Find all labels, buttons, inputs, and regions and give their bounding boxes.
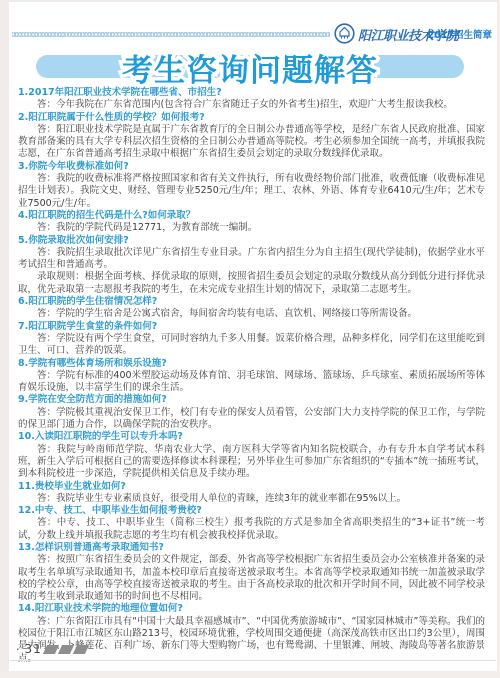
qa-answer-paragraph: 答：按照广东省招生委员会的文件规定，部委、外省高等学校根据广东省招生委员会办公室… [18, 554, 485, 603]
qa-question: 4.阳江职院的招生代码是什么?如何录取？ [18, 210, 485, 222]
qa-question: 7.阳江职院学生食堂的条件如何? [18, 321, 485, 333]
qa-item: 2.阳江职院属于什么性质的学校？如何报考? 答：阳江职业技术学院是直属于广东省教… [18, 112, 485, 161]
qa-item: 10.入读阳江职院的学生可以专升本吗? 答：我院与岭南师范学院、华南农业大学、南… [18, 431, 485, 480]
qa-item: 4.阳江职院的招生代码是什么?如何录取？ 答：我院的学院代码是12771，为教育… [18, 210, 485, 235]
qa-answer-paragraph: 答：学院极其重视治安保卫工作，校门有专业的保安人员看管，公安部门大力支持学院的保… [18, 407, 485, 432]
qa-question: 3.你院今年收费标准如何? [18, 161, 485, 173]
page-footer: · 31 [16, 642, 87, 656]
scan-edge-bottom [0, 671, 500, 678]
qa-question: 12.中专、技工、中职毕业生如何报考贵校? [18, 505, 485, 517]
qa-answer-paragraph: 答：学院有标准的400米塑胶运动场及体育馆、羽毛球馆、网球场、篮球场、乒乓球室、… [18, 370, 485, 395]
parallelogram-decoration [43, 645, 59, 654]
qa-answers: 答：学院设有两个学生食堂，可同时容纳九千多人用餐。饭菜价格合理，品种多样化，同学… [18, 333, 485, 358]
qa-item: 3.你院今年收费标准如何? 答：我院的收费标准将严格按照国家和省有关文件执行，所… [18, 161, 485, 210]
qa-answer-paragraph: 答：阳江职业技术学院是直属于广东省教育厅的全日制公办普通高等学校，是经广东省人民… [18, 124, 485, 161]
qa-item: 11.贵校毕业生就业如何? 答：我院毕业生专业素质良好，很受用人单位的青睐，连续… [18, 481, 485, 506]
qa-answer-paragraph: 录取规则：根据全面考核、择优录取的原则，按照省招生委员会划定的录取分数线从高分到… [18, 271, 485, 296]
qa-question: 1.2017年阳江职业技术学院在哪些省、市招生? [18, 87, 485, 99]
qa-answer-paragraph: 答：我院毕业生专业素质良好，很受用人单位的青睐，连续3年的就业率都在95%以上。 [18, 493, 485, 505]
page-header: 阳江职业技术学院 2017招生简章 [0, 20, 500, 46]
zigzag-divider [12, 32, 330, 37]
qa-question: 10.入读阳江职院的学生可以专升本吗? [18, 431, 485, 443]
qa-answer-paragraph: 答：我院招生录取批次详见广东省招生专业目录。广东省内招生分为自主招生(现代学徒制… [18, 247, 485, 272]
qa-answers: 答：今年我院在广东省范围内(包含符合广东省随迁子女的外省考生)招生，欢迎广大考生… [18, 99, 485, 111]
qa-answers: 答：阳江职业技术学院是直属于广东省教育厅的全日制公办普通高等学校，是经广东省人民… [18, 124, 485, 161]
qa-answers: 答：学院有标准的400米塑胶运动场及体育馆、羽毛球馆、网球场、篮球场、乒乓球室、… [18, 370, 485, 395]
qa-item: 9.学院在安全防范方面的措施如何? 答：学院极其重视治安保卫工作，校门有专业的保… [18, 394, 485, 431]
qa-item: 1.2017年阳江职业技术学院在哪些省、市招生? 答：今年我院在广东省范围内(包… [18, 87, 485, 112]
qa-question: 6.阳江职院的学生住宿情况怎样? [18, 296, 485, 308]
scan-edge-top [0, 0, 500, 2]
qa-answers: 答：我院与岭南师范学院、华南农业大学、南方医科大学等省内知名院校联合，办有专升本… [18, 444, 485, 481]
qa-question: 8.学院有哪些体育场所和娱乐设施? [18, 358, 485, 370]
parallelogram-decoration [73, 645, 89, 654]
scan-edge-left [0, 0, 9, 678]
qa-question: 14.阳江职业技术学院的地理位置如何? [18, 603, 485, 615]
qa-item: 8.学院有哪些体育场所和娱乐设施? 答：学院有标准的400米塑胶运动场及体育馆、… [18, 358, 485, 395]
qa-answer-paragraph: 答：中专、技工、中职毕业生（简称三校生）报考我院的方式是参加全省高职类招生的“3… [18, 517, 485, 542]
edition-label: 2017招生简章 [428, 27, 492, 41]
qa-answer-paragraph: 答：我院与岭南师范学院、华南农业大学、南方医科大学等省内知名院校联合，办有专升本… [18, 444, 485, 481]
qa-question: 13.怎样识别普通高考录取通知书? [18, 542, 485, 554]
qa-answer-paragraph: 答：我院的学院代码是12771，为教育部统一编制。 [18, 222, 485, 234]
qa-answers: 答：广东省阳江市具有“中国十大最具幸福感城市”、“中国优秀旅游城市”、“国家园林… [18, 616, 485, 665]
qa-question: 2.阳江职院属于什么性质的学校？如何报考? [18, 112, 485, 124]
qa-item: 12.中专、技工、中职毕业生如何报考贵校? 答：中专、技工、中职毕业生（简称三校… [18, 505, 485, 542]
qa-item: 7.阳江职院学生食堂的条件如何? 答：学院设有两个学生食堂，可同时容纳九千多人用… [18, 321, 485, 358]
page-number: 31 [25, 642, 42, 656]
footer-bullet: · [16, 643, 20, 656]
qa-item: 6.阳江职院的学生住宿情况怎样? 答：学院的学生宿舍是公寓式宿舍，每间宿舍均装有… [18, 296, 485, 321]
qa-answers: 答：中专、技工、中职毕业生（简称三校生）报考我院的方式是参加全省高职类招生的“3… [18, 517, 485, 542]
qa-answer-paragraph: 答：今年我院在广东省范围内(包含符合广东省随迁子女的外省考生)招生，欢迎广大考生… [18, 99, 485, 111]
qa-question: 11.贵校毕业生就业如何? [18, 481, 485, 493]
qa-item: 13.怎样识别普通高考录取通知书? 答：按照广东省招生委员会的文件规定，部委、外… [18, 542, 485, 603]
qa-answer-paragraph: 答：学院设有两个学生食堂，可同时容纳九千多人用餐。饭菜价格合理，品种多样化，同学… [18, 333, 485, 358]
qa-answer-paragraph: 答：学院的学生宿舍是公寓式宿舍，每间宿舍均装有电话、直饮机、网络接口等所需设备。 [18, 308, 485, 320]
qa-answer-paragraph: 答：广东省阳江市具有“中国十大最具幸福感城市”、“中国优秀旅游城市”、“国家园林… [18, 616, 485, 665]
qa-answer-paragraph: 答：我院的收费标准将严格按照国家和省有关文件执行，所有收费经物价部门批准，收费低… [18, 173, 485, 210]
qa-answers: 答：我院的学院代码是12771，为教育部统一编制。 [18, 222, 485, 234]
page-title-text: 考生咨询问题解答 [122, 53, 378, 89]
qa-list: 1.2017年阳江职业技术学院在哪些省、市招生? 答：今年我院在广东省范围内(包… [18, 87, 485, 665]
school-logo-icon [334, 23, 355, 44]
qa-answers: 答：我院毕业生专业素质良好，很受用人单位的青睐，连续3年的就业率都在95%以上。 [18, 493, 485, 505]
qa-question: 9.学院在安全防范方面的措施如何? [18, 394, 485, 406]
qa-item: 14.阳江职业技术学院的地理位置如何? 答：广东省阳江市具有“中国十大最具幸福感… [18, 603, 485, 664]
qa-question: 5.你院录取批次如何安排? [18, 235, 485, 247]
footer-divider [10, 660, 496, 661]
parallelogram-decoration [58, 645, 74, 654]
qa-answers: 答：学院的学生宿舍是公寓式宿舍，每间宿舍均装有电话、直饮机、网络接口等所需设备。 [18, 308, 485, 320]
qa-answers: 答：我院招生录取批次详见广东省招生专业目录。广东省内招生分为自主招生(现代学徒制… [18, 247, 485, 296]
qa-answers: 答：按照广东省招生委员会的文件规定，部委、外省高等学校根据广东省招生委员会办公室… [18, 554, 485, 603]
page-title: 考生咨询问题解答 考生咨询问题解答 [0, 45, 500, 90]
qa-answers: 答：我院的收费标准将严格按照国家和省有关文件执行，所有收费经物价部门批准，收费低… [18, 173, 485, 210]
document-page: 阳江职业技术学院 2017招生简章 考生咨询问题解答 考生咨询问题解答 1.20… [0, 0, 500, 678]
qa-answers: 答：学院极其重视治安保卫工作，校门有专业的保安人员看管，公安部门大力支持学院的保… [18, 407, 485, 432]
title-banner: 考生咨询问题解答 考生咨询问题解答 [0, 49, 500, 83]
qa-item: 5.你院录取批次如何安排? 答：我院招生录取批次详见广东省招生专业目录。广东省内… [18, 235, 485, 296]
